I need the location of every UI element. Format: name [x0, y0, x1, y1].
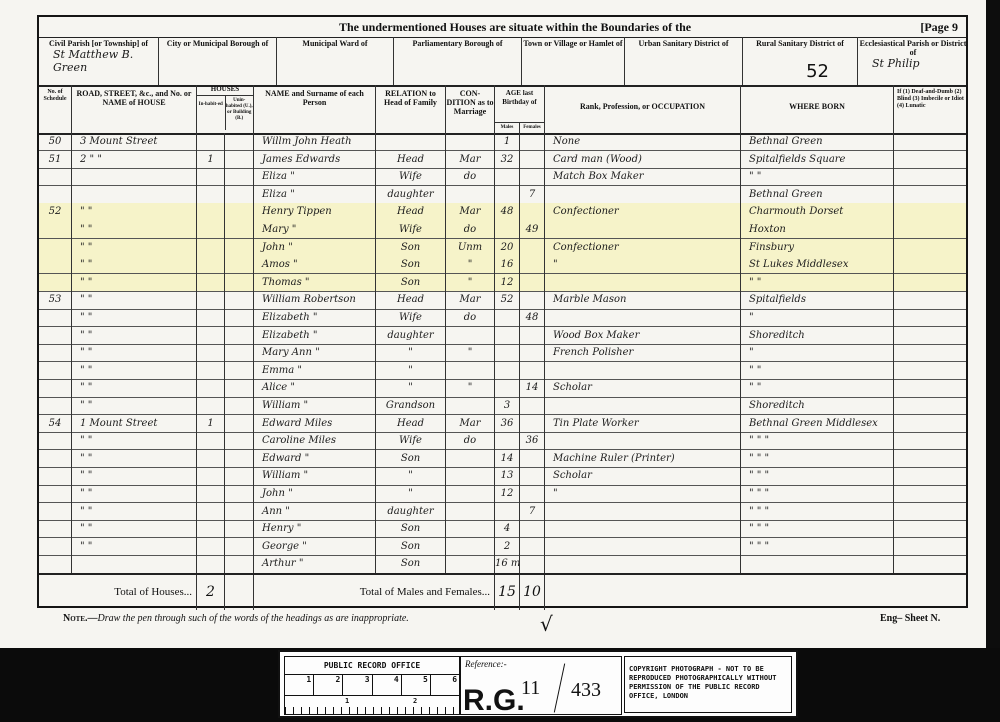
- row-relation: ": [376, 467, 446, 485]
- col-inhabited: In-habit-ed: [197, 96, 226, 130]
- row-occupation: [545, 186, 741, 204]
- row-road: " ": [72, 221, 197, 239]
- total-males: 15: [495, 575, 520, 610]
- row-occupation: [545, 555, 741, 573]
- row-schedule: [39, 309, 72, 327]
- row-age-female: [520, 450, 545, 468]
- row-condition: ": [446, 256, 495, 274]
- table-row: " "Thomas "Son"12" ": [39, 274, 966, 292]
- ecclesiastical-parish-cell: Ecclesiastical Parish or District of St …: [858, 37, 968, 85]
- row-name: Thomas ": [254, 274, 376, 292]
- reference-label: Reference:-: [461, 657, 621, 671]
- row-uninhabited: [225, 327, 254, 345]
- row-uninhabited: [225, 151, 254, 169]
- row-infirmity: [894, 221, 968, 239]
- row-where-born: ": [741, 344, 894, 362]
- row-age-female: [520, 467, 545, 485]
- urban-sanitary-label: Urban Sanitary District of: [625, 37, 742, 48]
- row-occupation: [545, 397, 741, 415]
- table-row: " "William ""13Scholar" " ": [39, 467, 966, 485]
- col-houses-label: HOUSES: [197, 86, 253, 93]
- row-uninhabited: [225, 415, 254, 433]
- row-infirmity: [894, 555, 968, 573]
- municipal-borough-label: City or Municipal Borough of: [159, 37, 276, 48]
- row-uninhabited: [225, 309, 254, 327]
- row-infirmity: [894, 520, 968, 538]
- row-age-male: 48: [495, 203, 520, 221]
- row-relation: Wife: [376, 432, 446, 450]
- row-name: George ": [254, 538, 376, 556]
- row-relation: Wife: [376, 309, 446, 327]
- row-age-male: [495, 327, 520, 345]
- row-age-female: [520, 485, 545, 503]
- row-age-male: [495, 221, 520, 239]
- row-age-female: [520, 274, 545, 292]
- row-schedule: [39, 432, 72, 450]
- table-row: Eliza "daughter7Bethnal Green: [39, 186, 966, 204]
- col-females: Females: [520, 123, 544, 133]
- rural-sanitary-cell: Rural Sanitary District of 52: [743, 37, 858, 85]
- row-road: " ": [72, 344, 197, 362]
- public-record-office-stamp: PUBLIC RECORD OFFICE 1 2 3 4 5 6 1 2 Ref…: [278, 650, 798, 718]
- row-infirmity: [894, 397, 968, 415]
- row-uninhabited: [225, 538, 254, 556]
- total-uninhabited-value: [225, 575, 254, 610]
- table-row: Eliza "WifedoMatch Box Maker" ": [39, 168, 966, 186]
- row-occupation: [545, 520, 741, 538]
- form-title: The undermentioned Houses are situate wi…: [339, 20, 691, 35]
- row-name: Elizabeth ": [254, 309, 376, 327]
- row-age-male: 13: [495, 467, 520, 485]
- row-age-female: 36: [520, 432, 545, 450]
- row-road: " ": [72, 379, 197, 397]
- row-age-male: 12: [495, 485, 520, 503]
- col-road: ROAD, STREET, &c., and No. or NAME of HO…: [72, 85, 197, 133]
- row-age-female: [520, 344, 545, 362]
- row-uninhabited: [225, 555, 254, 573]
- ecclesiastical-parish-label: Ecclesiastical Parish or District of: [858, 37, 968, 57]
- row-road: " ": [72, 309, 197, 327]
- scale-tick: 6: [431, 675, 459, 695]
- row-schedule: [39, 538, 72, 556]
- row-occupation: ": [545, 485, 741, 503]
- row-where-born: Charmouth Dorset: [741, 203, 894, 221]
- col-where-born: WHERE BORN: [741, 85, 894, 133]
- row-infirmity: [894, 203, 968, 221]
- row-age-male: 16 mths: [495, 555, 520, 573]
- row-condition: [446, 485, 495, 503]
- note-text: Draw the pen through such of the words o…: [98, 613, 409, 624]
- row-condition: ": [446, 344, 495, 362]
- row-where-born: " " ": [741, 467, 894, 485]
- table-row: Arthur "Son16 mths: [39, 555, 966, 573]
- row-road: " ": [72, 239, 197, 257]
- total-persons-label: Total of Males and Females...: [254, 575, 495, 610]
- row-occupation: Confectioner: [545, 203, 741, 221]
- row-name: Caroline Miles: [254, 432, 376, 450]
- row-age-male: [495, 432, 520, 450]
- row-uninhabited: [225, 291, 254, 309]
- row-where-born: Shoreditch: [741, 397, 894, 415]
- row-uninhabited: [225, 239, 254, 257]
- row-inhabited: [197, 432, 225, 450]
- table-row: " "Elizabeth "daughterWood Box MakerShor…: [39, 327, 966, 345]
- row-inhabited: [197, 397, 225, 415]
- scale-tick: 1: [345, 697, 349, 705]
- row-condition: [446, 186, 495, 204]
- right-margin-bar: [986, 0, 1000, 648]
- row-infirmity: [894, 291, 968, 309]
- pro-name: PUBLIC RECORD OFFICE: [285, 657, 459, 675]
- row-road: " ": [72, 450, 197, 468]
- row-name: Ann ": [254, 503, 376, 521]
- row-age-female: [520, 168, 545, 186]
- row-condition: [446, 467, 495, 485]
- row-schedule: [39, 555, 72, 573]
- row-occupation: Machine Ruler (Printer): [545, 450, 741, 468]
- row-occupation: [545, 503, 741, 521]
- table-row: " "Elizabeth "Wifedo48": [39, 309, 966, 327]
- row-condition: do: [446, 432, 495, 450]
- row-where-born: Bethnal Green: [741, 186, 894, 204]
- row-uninhabited: [225, 379, 254, 397]
- row-age-male: 4: [495, 520, 520, 538]
- row-relation: ": [376, 485, 446, 503]
- reference-folio: 433: [571, 679, 601, 702]
- row-condition: [446, 327, 495, 345]
- row-relation: Wife: [376, 221, 446, 239]
- column-header-row: No. of Schedule ROAD, STREET, &c., and N…: [39, 85, 966, 135]
- row-schedule: [39, 397, 72, 415]
- row-inhabited: [197, 256, 225, 274]
- row-relation: [376, 133, 446, 151]
- row-relation: Head: [376, 151, 446, 169]
- row-road: " ": [72, 274, 197, 292]
- row-condition: [446, 503, 495, 521]
- row-age-male: [495, 362, 520, 380]
- row-inhabited: [197, 467, 225, 485]
- row-uninhabited: [225, 467, 254, 485]
- row-schedule: 51: [39, 151, 72, 169]
- row-infirmity: [894, 168, 968, 186]
- row-schedule: [39, 221, 72, 239]
- row-infirmity: [894, 450, 968, 468]
- col-infirmity: If (1) Deaf-and-Dumb (2) Blind (3) Imbec…: [894, 85, 968, 133]
- row-occupation: Wood Box Maker: [545, 327, 741, 345]
- row-relation: Son: [376, 256, 446, 274]
- row-age-female: [520, 362, 545, 380]
- row-relation: Head: [376, 415, 446, 433]
- row-occupation: [545, 309, 741, 327]
- row-where-born: " ": [741, 362, 894, 380]
- row-age-male: [495, 309, 520, 327]
- row-schedule: [39, 274, 72, 292]
- row-schedule: [39, 239, 72, 257]
- row-schedule: [39, 327, 72, 345]
- row-condition: [446, 538, 495, 556]
- row-infirmity: [894, 239, 968, 257]
- form-title-row: The undermentioned Houses are situate wi…: [39, 17, 966, 38]
- row-where-born: " " ": [741, 538, 894, 556]
- row-condition: [446, 362, 495, 380]
- row-inhabited: [197, 503, 225, 521]
- row-where-born: ": [741, 309, 894, 327]
- row-infirmity: [894, 379, 968, 397]
- row-age-female: [520, 415, 545, 433]
- row-infirmity: [894, 186, 968, 204]
- row-occupation: [545, 274, 741, 292]
- row-name: Edward Miles: [254, 415, 376, 433]
- rural-sanitary-label: Rural Sanitary District of: [743, 37, 857, 48]
- row-where-born: Bethnal Green Middlesex: [741, 415, 894, 433]
- row-inhabited: [197, 538, 225, 556]
- row-where-born: " ": [741, 274, 894, 292]
- row-name: William ": [254, 397, 376, 415]
- row-age-male: [495, 168, 520, 186]
- table-row: " "Amos "Son"16"St Lukes Middlesex: [39, 256, 966, 274]
- row-where-born: [741, 555, 894, 573]
- row-uninhabited: [225, 344, 254, 362]
- row-infirmity: [894, 344, 968, 362]
- row-schedule: 50: [39, 133, 72, 151]
- row-schedule: [39, 467, 72, 485]
- row-age-female: [520, 520, 545, 538]
- row-inhabited: [197, 133, 225, 151]
- row-relation: ": [376, 379, 446, 397]
- table-row: 512 " "1James EdwardsHeadMar32Card man (…: [39, 151, 966, 169]
- parliamentary-borough-cell: Parliamentary Borough of: [394, 37, 522, 85]
- row-infirmity: [894, 151, 968, 169]
- row-age-female: [520, 327, 545, 345]
- table-row: " "Alice """14Scholar" ": [39, 379, 966, 397]
- note-prefix: Note.—: [63, 613, 98, 624]
- row-name: Willm John Heath: [254, 133, 376, 151]
- row-infirmity: [894, 362, 968, 380]
- row-road: 2 " ": [72, 151, 197, 169]
- row-inhabited: [197, 186, 225, 204]
- table-row: " "George "Son2" " ": [39, 538, 966, 556]
- row-road: [72, 168, 197, 186]
- row-schedule: [39, 344, 72, 362]
- row-where-born: " ": [741, 379, 894, 397]
- row-schedule: [39, 256, 72, 274]
- row-uninhabited: [225, 450, 254, 468]
- page-number: [Page 9: [920, 20, 958, 35]
- row-age-male: 32: [495, 151, 520, 169]
- table-row: 503 Mount StreetWillm John Heath1NoneBet…: [39, 133, 966, 151]
- row-schedule: [39, 450, 72, 468]
- inch-scale: 1 2 3 4 5 6: [285, 675, 459, 696]
- col-houses: HOUSES In-habit-ed Unin-habited (U.), or…: [197, 85, 254, 133]
- sheet-label: Eng– Sheet N.: [880, 613, 940, 624]
- row-relation: daughter: [376, 186, 446, 204]
- row-name: John ": [254, 239, 376, 257]
- row-occupation: [545, 538, 741, 556]
- row-age-male: [495, 186, 520, 204]
- row-infirmity: [894, 256, 968, 274]
- table-row: " "John "SonUnm20ConfectionerFinsbury: [39, 239, 966, 257]
- row-where-born: Finsbury: [741, 239, 894, 257]
- copyright-notice: COPYRIGHT PHOTOGRAPH - NOT TO BE REPRODU…: [624, 656, 792, 713]
- table-row: " "William "Grandson3Shoreditch: [39, 397, 966, 415]
- reference-block: Reference:- R.G. 11 433: [460, 656, 622, 715]
- row-age-male: 12: [495, 274, 520, 292]
- row-infirmity: [894, 503, 968, 521]
- total-houses-label: Total of Houses...: [39, 575, 197, 610]
- row-uninhabited: [225, 503, 254, 521]
- row-infirmity: [894, 432, 968, 450]
- row-where-born: " " ": [741, 485, 894, 503]
- row-inhabited: [197, 291, 225, 309]
- ecclesiastical-parish-value: St Philip: [858, 57, 968, 70]
- row-infirmity: [894, 133, 968, 151]
- row-inhabited: [197, 520, 225, 538]
- row-road: " ": [72, 520, 197, 538]
- col-condition: CON-DITION as to Marriage: [446, 85, 495, 133]
- row-age-female: 14: [520, 379, 545, 397]
- row-road: " ": [72, 203, 197, 221]
- row-inhabited: [197, 309, 225, 327]
- row-occupation: Confectioner: [545, 239, 741, 257]
- row-condition: Mar: [446, 291, 495, 309]
- row-name: Eliza ": [254, 186, 376, 204]
- row-uninhabited: [225, 221, 254, 239]
- table-row: " "Mary Ann """French Polisher": [39, 344, 966, 362]
- row-where-born: St Lukes Middlesex: [741, 256, 894, 274]
- row-uninhabited: [225, 362, 254, 380]
- municipal-borough-cell: City or Municipal Borough of: [159, 37, 277, 85]
- municipal-ward-label: Municipal Ward of: [277, 37, 393, 48]
- scale-tick: 1: [285, 675, 314, 695]
- totals-row: Total of Houses... 2 Total of Males and …: [39, 573, 966, 610]
- row-condition: ": [446, 379, 495, 397]
- row-inhabited: [197, 168, 225, 186]
- row-age-male: 14: [495, 450, 520, 468]
- row-infirmity: [894, 485, 968, 503]
- urban-sanitary-cell: Urban Sanitary District of: [625, 37, 743, 85]
- row-name: James Edwards: [254, 151, 376, 169]
- row-where-born: " ": [741, 168, 894, 186]
- row-uninhabited: [225, 432, 254, 450]
- row-name: Mary Ann ": [254, 344, 376, 362]
- row-relation: Son: [376, 520, 446, 538]
- row-age-male: 36: [495, 415, 520, 433]
- row-inhabited: 1: [197, 415, 225, 433]
- row-name: Alice ": [254, 379, 376, 397]
- row-condition: [446, 450, 495, 468]
- row-age-female: [520, 256, 545, 274]
- row-name: Mary ": [254, 221, 376, 239]
- row-age-female: 48: [520, 309, 545, 327]
- row-road: [72, 555, 197, 573]
- row-occupation: French Polisher: [545, 344, 741, 362]
- total-houses-value: 2: [197, 575, 225, 610]
- table-row: " "Ann "daughter7" " ": [39, 503, 966, 521]
- row-name: Emma ": [254, 362, 376, 380]
- row-condition: do: [446, 168, 495, 186]
- col-males: Males: [495, 123, 520, 133]
- table-row: " "John ""12"" " ": [39, 485, 966, 503]
- row-inhabited: [197, 221, 225, 239]
- row-uninhabited: [225, 397, 254, 415]
- row-schedule: [39, 168, 72, 186]
- rural-sanitary-value: 52: [806, 61, 829, 82]
- col-name: NAME and Surname of each Person: [254, 85, 376, 133]
- row-uninhabited: [225, 520, 254, 538]
- row-age-male: 1: [495, 133, 520, 151]
- table-row: " "Edward "Son14Machine Ruler (Printer)"…: [39, 450, 966, 468]
- reference-piece: 11: [521, 677, 540, 700]
- row-infirmity: [894, 538, 968, 556]
- pro-scale-block: PUBLIC RECORD OFFICE 1 2 3 4 5 6 1 2: [284, 656, 460, 715]
- row-uninhabited: [225, 485, 254, 503]
- col-age-label: AGE last Birthday of: [495, 89, 544, 107]
- table-row: " "Henry "Son4" " ": [39, 520, 966, 538]
- row-where-born: " " ": [741, 450, 894, 468]
- town-village-label: Town or Village or Hamlet of: [522, 37, 624, 48]
- form-note: Note.—Draw the pen through such of the w…: [63, 613, 409, 624]
- scale-tick: 2: [314, 675, 343, 695]
- row-age-male: [495, 344, 520, 362]
- row-relation: Son: [376, 538, 446, 556]
- row-age-male: 3: [495, 397, 520, 415]
- row-where-born: Shoreditch: [741, 327, 894, 345]
- row-age-female: [520, 203, 545, 221]
- row-occupation: ": [545, 256, 741, 274]
- scale-tick: 3: [343, 675, 372, 695]
- row-name: Eliza ": [254, 168, 376, 186]
- row-occupation: Marble Mason: [545, 291, 741, 309]
- row-relation: Son: [376, 274, 446, 292]
- table-row: 541 Mount Street1Edward MilesHeadMar36Ti…: [39, 415, 966, 433]
- row-occupation: Scholar: [545, 467, 741, 485]
- row-relation: Son: [376, 450, 446, 468]
- row-age-male: 52: [495, 291, 520, 309]
- row-road: " ": [72, 397, 197, 415]
- row-road: " ": [72, 503, 197, 521]
- row-age-female: [520, 397, 545, 415]
- row-relation: Wife: [376, 168, 446, 186]
- parliamentary-borough-label: Parliamentary Borough of: [394, 37, 521, 48]
- row-infirmity: [894, 467, 968, 485]
- table-row: " "Caroline MilesWifedo36" " ": [39, 432, 966, 450]
- row-name: Elizabeth ": [254, 327, 376, 345]
- reference-series: R.G.: [463, 684, 525, 718]
- row-schedule: [39, 520, 72, 538]
- row-where-born: " " ": [741, 520, 894, 538]
- civil-parish-cell: Civil Parish [or Township] of St Matthew…: [39, 37, 159, 85]
- municipal-ward-cell: Municipal Ward of: [277, 37, 394, 85]
- row-condition: [446, 555, 495, 573]
- row-condition: Unm: [446, 239, 495, 257]
- row-relation: daughter: [376, 503, 446, 521]
- row-age-female: [520, 291, 545, 309]
- row-schedule: 54: [39, 415, 72, 433]
- row-condition: [446, 397, 495, 415]
- row-schedule: 53: [39, 291, 72, 309]
- row-name: Arthur ": [254, 555, 376, 573]
- row-name: John ": [254, 485, 376, 503]
- col-age-sub: Males Females: [495, 122, 544, 133]
- row-occupation: None: [545, 133, 741, 151]
- row-age-male: 2: [495, 538, 520, 556]
- row-age-male: 16: [495, 256, 520, 274]
- row-relation: Head: [376, 291, 446, 309]
- row-age-female: [520, 538, 545, 556]
- row-age-male: [495, 379, 520, 397]
- row-condition: Mar: [446, 203, 495, 221]
- row-relation: Son: [376, 239, 446, 257]
